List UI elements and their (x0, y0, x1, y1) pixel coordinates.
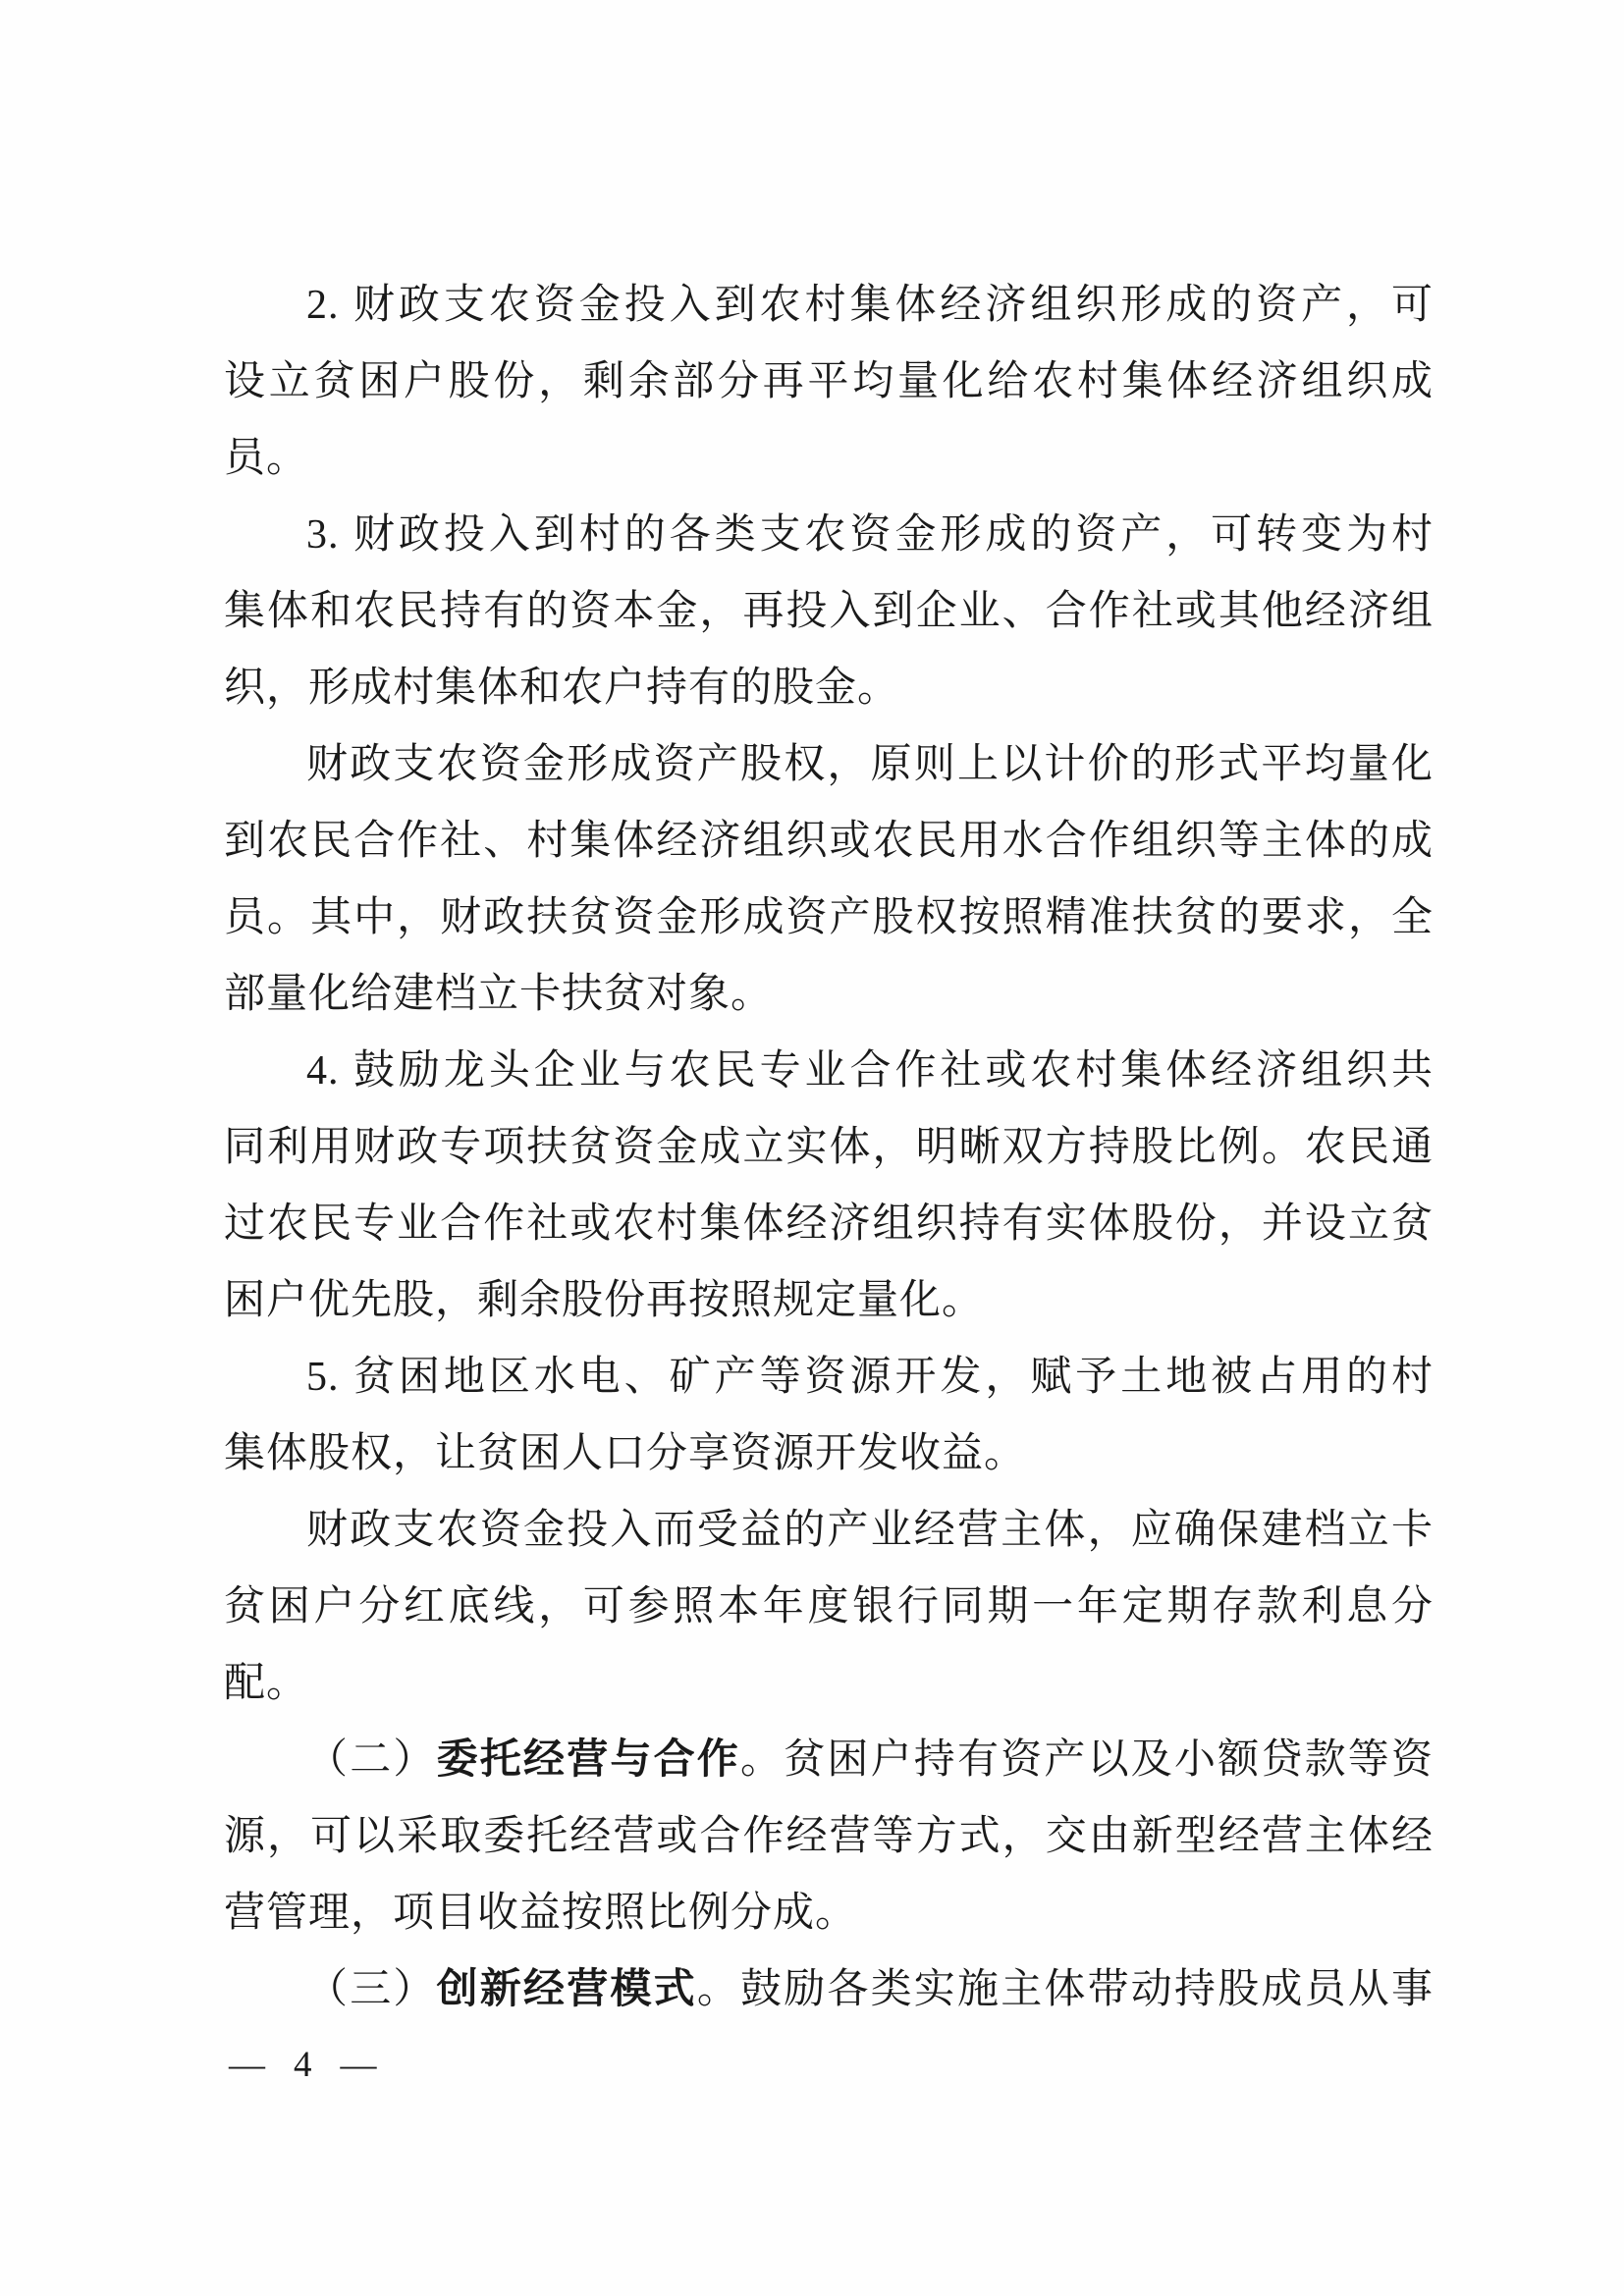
text-line: 员。其中，财政扶贫资金形成资产股权按照精准扶贫的要求，全 (224, 880, 1434, 956)
text-line: 配。 (224, 1645, 1434, 1722)
text-line: 营管理，项目收益按照比例分成。 (224, 1875, 1434, 1951)
text-line: （三）创新经营模式。鼓励各类实施主体带动持股成员从事 (224, 1951, 1434, 2028)
footer-dash-right: — (341, 2045, 377, 2086)
text-line: 困户优先股，剩余股份再按照规定量化。 (224, 1262, 1434, 1339)
text-line: 贫困户分红底线，可参照本年度银行同期一年定期存款利息分 (224, 1569, 1434, 1645)
document-body: 2. 财政支农资金投入到农村集体经济组织形成的资产，可 设立贫困户股份，剩余部分… (224, 267, 1434, 2028)
page-footer: —4— (229, 2045, 377, 2086)
text-line: 5. 贫困地区水电、矿产等资源开发，赋予土地被占用的村 (224, 1339, 1434, 1415)
text-line: 2. 财政支农资金投入到农村集体经济组织形成的资产，可 (224, 267, 1434, 344)
text-line: 集体和农民持有的资本金，再投入到企业、合作社或其他经济组 (224, 573, 1434, 650)
text-segment: 。贫困户持有资产以及小额贷款等资 (740, 1737, 1434, 1783)
text-line: 到农民合作社、村集体经济组织或农民用水合作组织等主体的成 (224, 803, 1434, 880)
section-heading: 创新经营模式 (437, 1967, 697, 2012)
text-line: 同利用财政专项扶贫资金成立实体，明晰双方持股比例。农民通 (224, 1109, 1434, 1186)
text-line: 财政支农资金投入而受益的产业经营主体，应确保建档立卡 (224, 1492, 1434, 1569)
list-item-marker: （三） (306, 1967, 437, 2012)
text-line: 员。 (224, 420, 1434, 497)
text-line: 织，形成村集体和农户持有的股金。 (224, 650, 1434, 726)
page-number: 4 (294, 2045, 312, 2086)
text-line: （二）委托经营与合作。贫困户持有资产以及小额贷款等资 (224, 1722, 1434, 1798)
text-line: 财政支农资金形成资产股权，原则上以计价的形式平均量化 (224, 726, 1434, 803)
text-line: 设立贫困户股份，剩余部分再平均量化给农村集体经济组织成 (224, 344, 1434, 420)
section-heading: 委托经营与合作 (437, 1737, 740, 1783)
text-line: 集体股权，让贫困人口分享资源开发收益。 (224, 1415, 1434, 1492)
text-line: 源，可以采取委托经营或合作经营等方式，交由新型经营主体经 (224, 1798, 1434, 1875)
text-line: 过农民专业合作社或农村集体经济组织持有实体股份，并设立贫 (224, 1186, 1434, 1262)
footer-dash-left: — (229, 2045, 265, 2086)
text-line: 3. 财政投入到村的各类支农资金形成的资产，可转变为村 (224, 497, 1434, 573)
text-line: 4. 鼓励龙头企业与农民专业合作社或农村集体经济组织共 (224, 1033, 1434, 1109)
document-page: 2. 财政支农资金投入到农村集体经济组织形成的资产，可 设立贫困户股份，剩余部分… (0, 0, 1624, 2296)
list-item-marker: （二） (306, 1737, 437, 1783)
text-line: 部量化给建档立卡扶贫对象。 (224, 956, 1434, 1033)
text-segment: 。鼓励各类实施主体带动持股成员从事 (697, 1967, 1434, 2012)
